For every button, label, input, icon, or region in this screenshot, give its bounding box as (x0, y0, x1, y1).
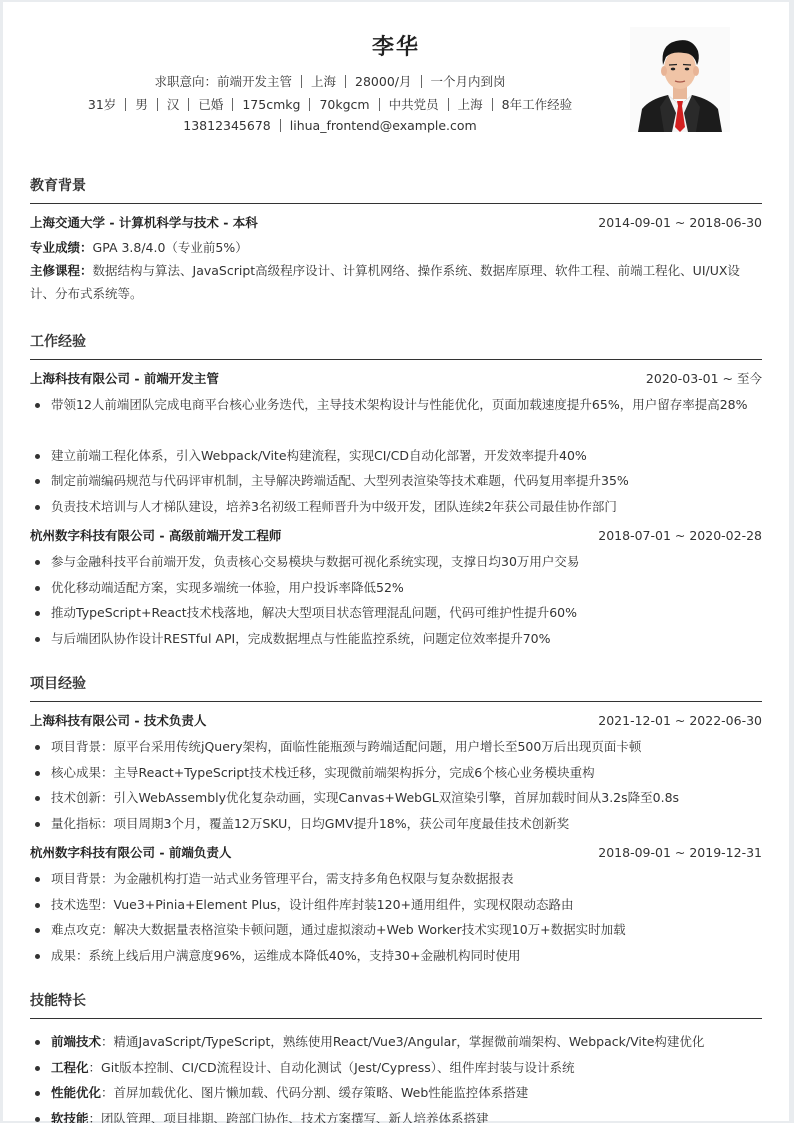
marital-status: 已婚 (198, 97, 223, 112)
list-item: 技术选型：Vue3+Pinia+Element Plus，设计组件库封装120+… (30, 892, 762, 918)
expected-salary: 28000/月 (355, 74, 411, 89)
skill-label: 工程化 (51, 1060, 89, 1075)
education-score: 专业成绩：GPA 3.8/4.0（专业前5%） (30, 236, 762, 259)
education-date: 2014-09-01 ~ 2018-06-30 (598, 214, 762, 232)
gender: 男 (135, 97, 148, 112)
separator (280, 119, 281, 132)
separator (492, 98, 493, 111)
list-item: 工程化：Git版本控制、CI/CD流程设计、自动化测试（Jest/Cypress… (30, 1055, 762, 1081)
project-company-role: 上海科技有限公司 - 技术负责人 (30, 712, 206, 730)
availability: 一个月内到岗 (431, 74, 506, 89)
intended-city: 上海 (311, 74, 336, 89)
skill-colon: ： (89, 1111, 102, 1123)
courses-value: 数据结构与算法、JavaScript高级程序设计、计算机网络、操作系统、数据库原… (30, 263, 740, 301)
project-date: 2018-09-01 ~ 2019-12-31 (598, 844, 762, 862)
list-item: 量化指标：项目周期3个月，覆盖12万SKU，日均GMV提升18%，获公司年度最佳… (30, 811, 762, 837)
work-bullets: 带领12人前端团队完成电商平台核心业务迭代，主导技术架构设计与性能优化，页面加载… (30, 392, 762, 519)
skill-colon: ： (101, 1085, 114, 1100)
project-date: 2021-12-01 ~ 2022-06-30 (598, 712, 762, 730)
list-item: 负责技术培训与人才梯队建设，培养3名初级工程师晋升为中级开发，团队连续2年获公司… (30, 494, 762, 520)
separator (379, 98, 380, 111)
phone-number: 13812345678 (183, 118, 270, 133)
separator (345, 75, 346, 88)
skill-label: 性能优化 (51, 1085, 101, 1100)
separator (232, 98, 233, 111)
work-date: 2020-03-01 ~ 至今 (646, 370, 762, 388)
work-date: 2018-07-01 ~ 2020-02-28 (598, 527, 762, 545)
list-item: 成果：系统上线后用户满意度96%，运维成本降低40%，支持30+金融机构同时使用 (30, 943, 762, 969)
skill-colon: ： (89, 1060, 102, 1075)
separator (301, 75, 302, 88)
section-title-work: 工作经验 (30, 331, 762, 360)
resume-header: 李华 求职意向：前端开发主管上海28000/月一个月内到岗 31岁男汉已婚175… (30, 2, 762, 154)
project-entry-header: 杭州数字科技有限公司 - 前端负责人 2018-09-01 ~ 2019-12-… (30, 844, 762, 862)
age: 31岁 (88, 97, 116, 112)
skill-text: Git版本控制、CI/CD流程设计、自动化测试（Jest/Cypress）、组件… (101, 1060, 574, 1075)
work-company-role: 上海科技有限公司 - 前端开发主管 (30, 370, 219, 388)
list-item: 优化移动端适配方案，实现多端统一体验，用户投诉率降低52% (30, 575, 762, 601)
list-item: 项目背景：为金融机构打造一站式业务管理平台，需支持多角色权限与复杂数据报表 (30, 866, 762, 892)
separator (188, 98, 189, 111)
skill-colon: ： (101, 1034, 114, 1049)
contact-line: 13812345678lihua_frontend@example.com (30, 118, 630, 133)
education-entry-header: 上海交通大学 - 计算机科学与技术 - 本科 2014-09-01 ~ 2018… (30, 214, 762, 232)
projects-section: 项目经验 上海科技有限公司 - 技术负责人 2021-12-01 ~ 2022-… (30, 673, 762, 968)
education-section: 教育背景 上海交通大学 - 计算机科学与技术 - 本科 2014-09-01 ~… (30, 175, 762, 305)
job-intention: 求职意向：前端开发主管 (154, 74, 292, 89)
separator (421, 75, 422, 88)
work-section: 工作经验 上海科技有限公司 - 前端开发主管 2020-03-01 ~ 至今 带… (30, 331, 762, 651)
list-item: 制定前端编码规范与代码评审机制，主导解决跨端适配、大型列表渲染等技术难题，代码复… (30, 468, 762, 494)
political-status: 中共党员 (389, 97, 439, 112)
list-item: 技术创新：引入WebAssembly优化复杂动画，实现Canvas+WebGL双… (30, 785, 762, 811)
skill-text: 团队管理、项目排期、跨部门协作、技术方案撰写、新人培养体系搭建 (101, 1111, 489, 1123)
skills-section: 技能特长 前端技术：精通JavaScript/TypeScript，熟练使用Re… (30, 990, 762, 1123)
separator (125, 98, 126, 111)
work-company-role: 杭州数字科技有限公司 - 高级前端开发工程师 (30, 527, 281, 545)
resume-page: 李华 求职意向：前端开发主管上海28000/月一个月内到岗 31岁男汉已婚175… (3, 2, 789, 1121)
weight: 70kgcm (319, 97, 369, 112)
height: 175cmkg (242, 97, 300, 112)
project-entry-header: 上海科技有限公司 - 技术负责人 2021-12-01 ~ 2022-06-30 (30, 712, 762, 730)
list-item: 核心成果：主导React+TypeScript技术栈迁移，实现微前端架构拆分，完… (30, 760, 762, 786)
residence: 上海 (458, 97, 483, 112)
list-item: 性能优化：首屏加载优化、图片懒加载、代码分割、缓存策略、Web性能监控体系搭建 (30, 1080, 762, 1106)
skill-text: 精通JavaScript/TypeScript，熟练使用React/Vue3/A… (114, 1034, 705, 1049)
courses-label: 主修课程： (30, 263, 93, 278)
separator (309, 98, 310, 111)
list-item: 项目背景：原平台采用传统jQuery架构，面临性能瓶颈与跨端适配问题，用户增长至… (30, 734, 762, 760)
list-item: 软技能：团队管理、项目排期、跨部门协作、技术方案撰写、新人培养体系搭建 (30, 1106, 762, 1123)
job-intention-line: 求职意向：前端开发主管上海28000/月一个月内到岗 (30, 72, 630, 90)
list-item: 前端技术：精通JavaScript/TypeScript，熟练使用React/V… (30, 1029, 762, 1055)
education-school-major: 上海交通大学 - 计算机科学与技术 - 本科 (30, 214, 258, 232)
list-item: 建立前端工程化体系，引入Webpack/Vite构建流程，实现CI/CD自动化部… (30, 443, 762, 469)
email-address: lihua_frontend@example.com (290, 118, 477, 133)
education-courses: 主修课程：数据结构与算法、JavaScript高级程序设计、计算机网络、操作系统… (30, 259, 762, 305)
list-item: 带领12人前端团队完成电商平台核心业务迭代，主导技术架构设计与性能优化，页面加载… (30, 392, 762, 418)
work-years: 8年工作经验 (502, 97, 572, 112)
avatar-photo-icon (630, 27, 730, 132)
work-entry-header: 上海科技有限公司 - 前端开发主管 2020-03-01 ~ 至今 (30, 370, 762, 388)
skill-label: 前端技术 (51, 1034, 101, 1049)
separator (448, 98, 449, 111)
section-title-education: 教育背景 (30, 175, 762, 204)
list-item: 推动TypeScript+React技术栈落地，解决大型项目状态管理混乱问题，代… (30, 600, 762, 626)
list-item: 参与金融科技平台前端开发，负责核心交易模块与数据可视化系统实现，支撑日均30万用… (30, 549, 762, 575)
list-item: 难点攻克：解决大数据量表格渲染卡顿问题，通过虚拟滚动+Web Worker技术实… (30, 917, 762, 943)
skills-bullets: 前端技术：精通JavaScript/TypeScript，熟练使用React/V… (30, 1029, 762, 1123)
work-bullets: 参与金融科技平台前端开发，负责核心交易模块与数据可视化系统实现，支撑日均30万用… (30, 549, 762, 651)
skill-label: 软技能 (51, 1111, 89, 1123)
section-title-skills: 技能特长 (30, 990, 762, 1019)
score-value: GPA 3.8/4.0（专业前5%） (93, 240, 248, 255)
section-title-projects: 项目经验 (30, 673, 762, 702)
personal-info-line: 31岁男汉已婚175cmkg70kgcm中共党员上海8年工作经验 (30, 95, 630, 113)
separator (157, 98, 158, 111)
work-entry-header: 杭州数字科技有限公司 - 高级前端开发工程师 2018-07-01 ~ 2020… (30, 527, 762, 545)
skill-text: 首屏加载优化、图片懒加载、代码分割、缓存策略、Web性能监控体系搭建 (114, 1085, 529, 1100)
ethnicity: 汉 (167, 97, 180, 112)
project-bullets: 项目背景：为金融机构打造一站式业务管理平台，需支持多角色权限与复杂数据报表 技术… (30, 866, 762, 968)
list-item: 与后端团队协作设计RESTful API，完成数据埋点与性能监控系统，问题定位效… (30, 626, 762, 652)
project-bullets: 项目背景：原平台采用传统jQuery架构，面临性能瓶颈与跨端适配问题，用户增长至… (30, 734, 762, 836)
score-label: 专业成绩： (30, 240, 93, 255)
project-company-role: 杭州数字科技有限公司 - 前端负责人 (30, 844, 231, 862)
avatar (630, 27, 730, 132)
